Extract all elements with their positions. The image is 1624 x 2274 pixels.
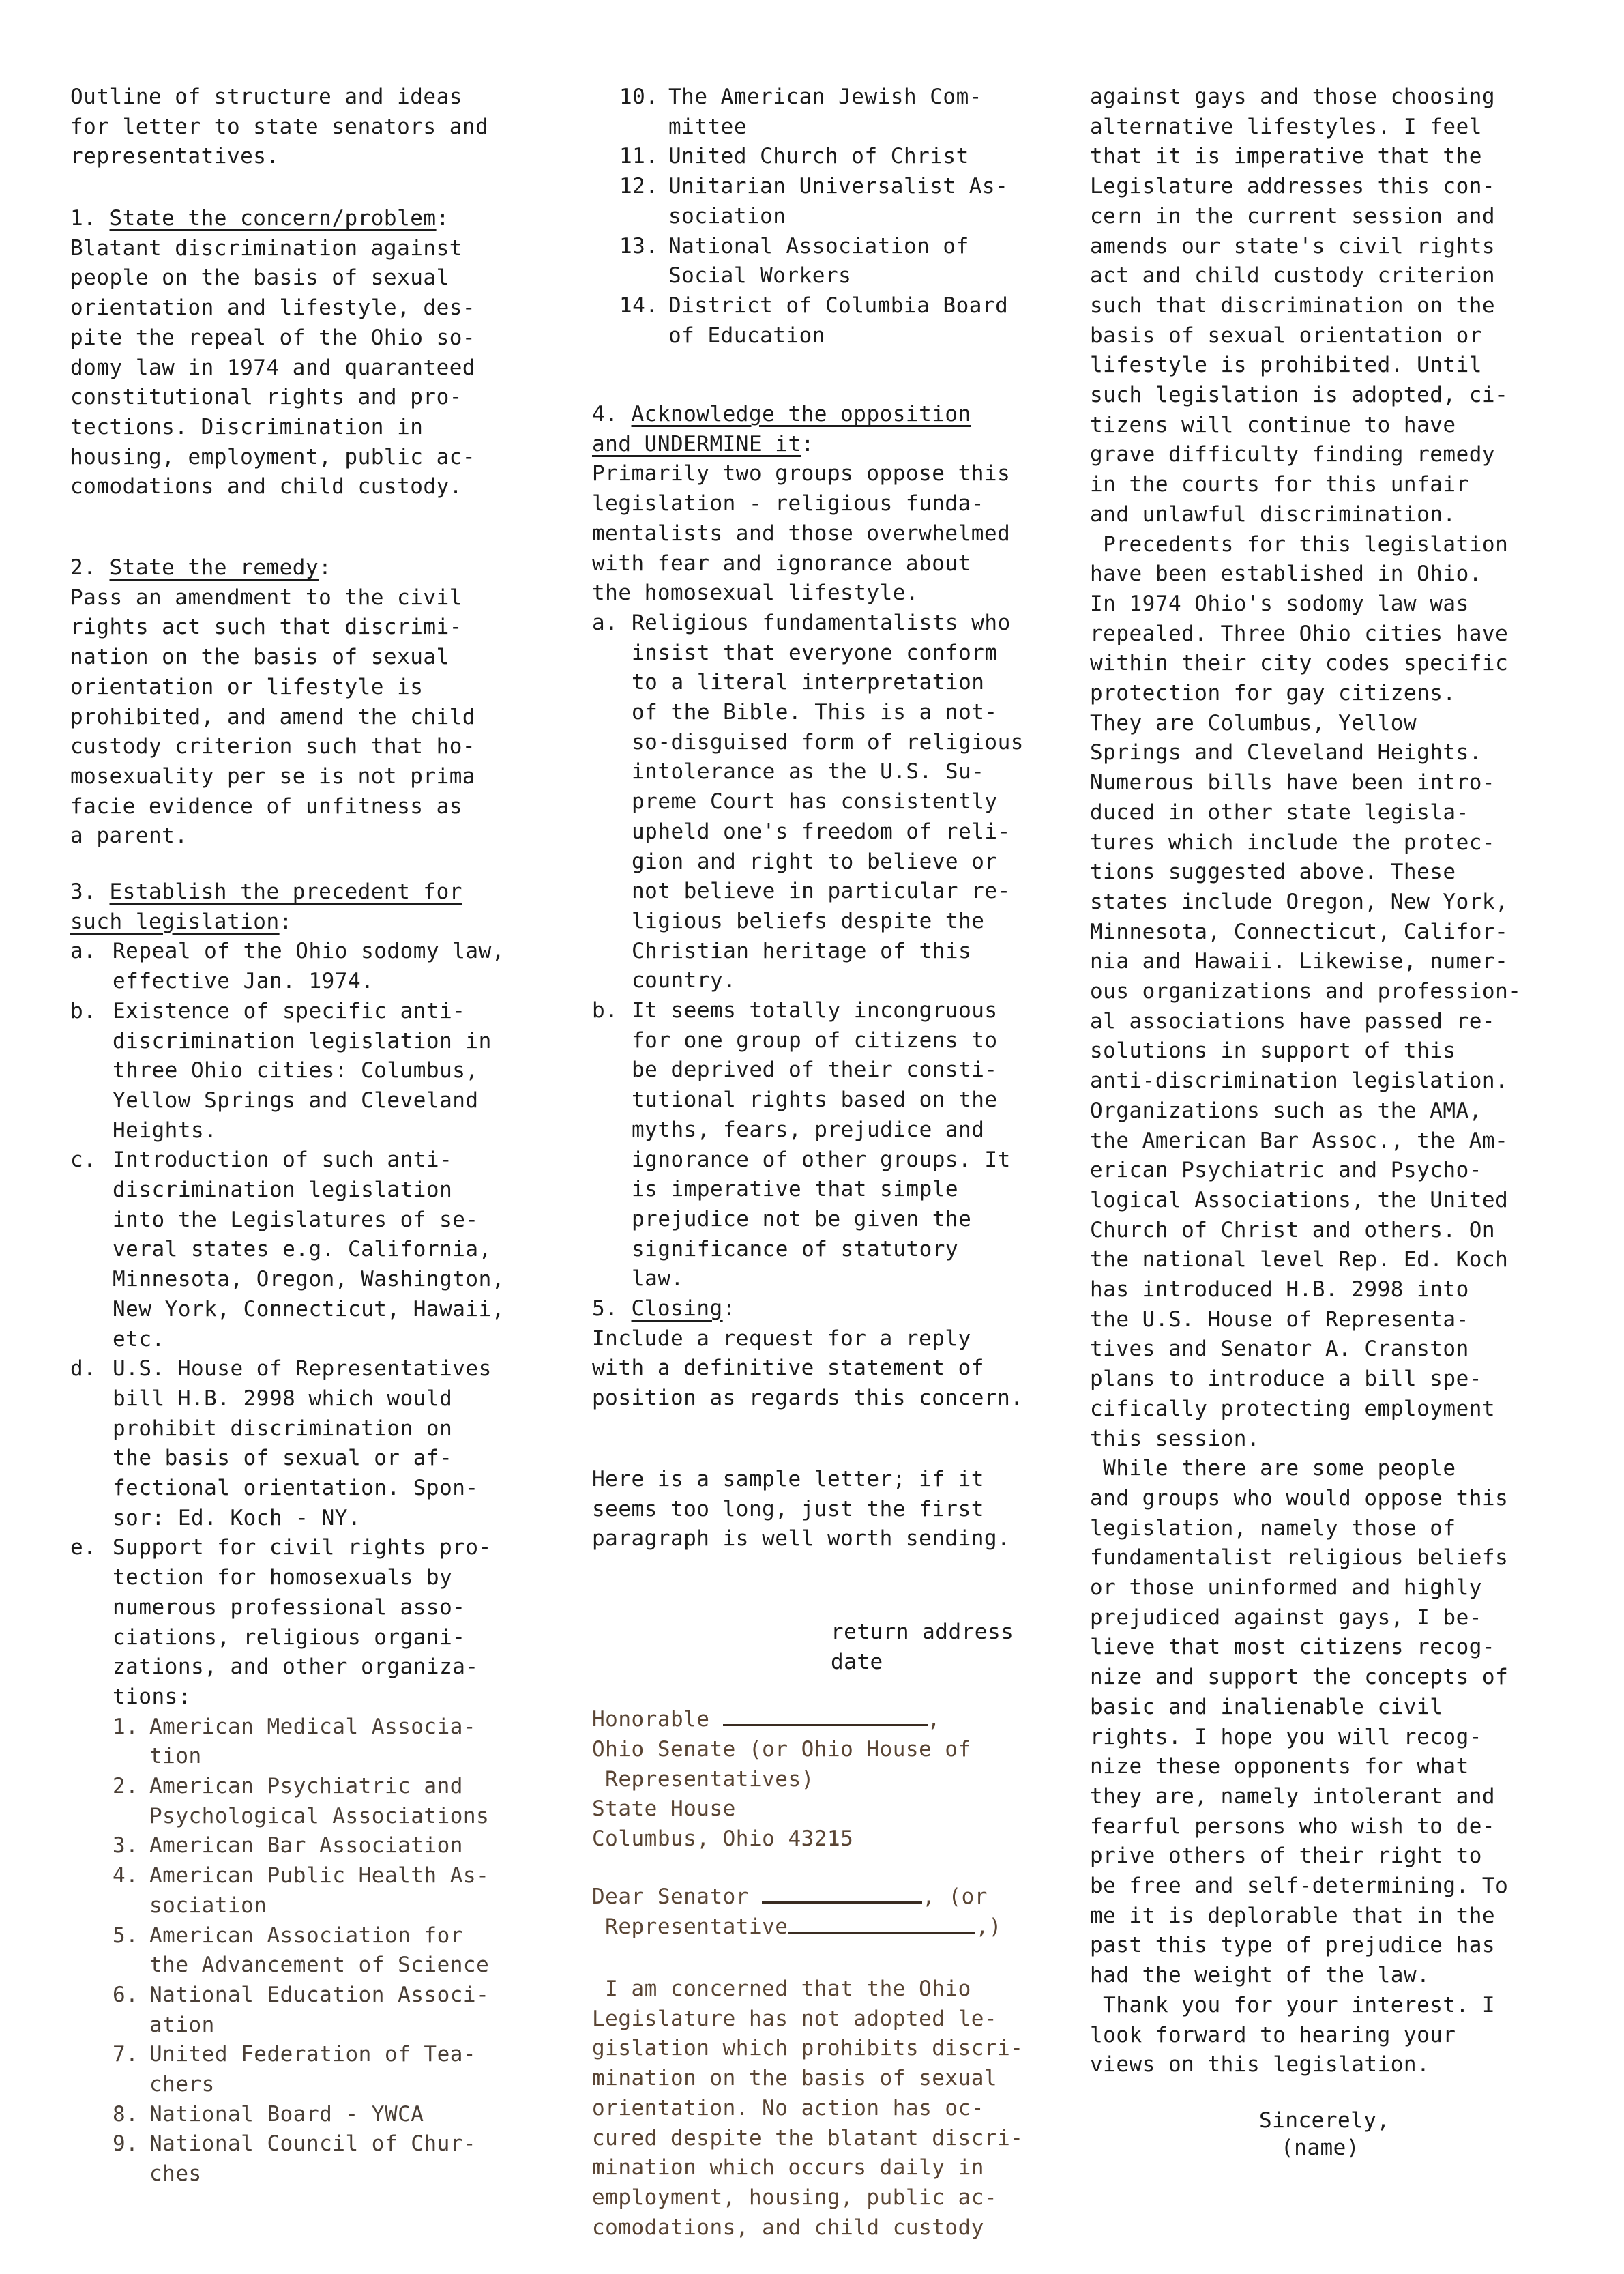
section-2-line: orientation or lifestyle is [70,673,423,701]
section-4-item-marker: a. [592,609,618,637]
letter-body-line: Thank you for your interest. I [1090,1992,1495,2019]
letter-body-line: Minnesota, Connecticut, Califor- [1090,918,1508,946]
section-4-item-line: It seems totally incongruous [632,997,998,1024]
organization-line: chers [149,2071,215,2098]
section-heading-text: Establish the precedent for [110,879,462,904]
letter-date: date [831,1648,883,1676]
section-4-item-marker: b. [592,997,618,1024]
letter-body-line: cern in the current session and [1090,203,1495,230]
letter-body-line: lifestyle is prohibited. Until [1090,351,1482,379]
section-3-item-line: discrimination legislation [113,1176,452,1204]
section-2-line: a parent. [70,822,188,849]
addressee-name-blank [723,1708,928,1726]
section-4-heading-cont: and UNDERMINE it: [592,431,814,458]
section-3-item-line: Support for civil rights pro- [113,1534,492,1561]
section-heading-text: State the remedy [110,555,319,580]
section-2-line: mosexuality per se is not prima [70,763,475,790]
sample-letter-intro-line: seems too long, just the first [592,1496,984,1523]
letter-signature: (name) [1281,2134,1359,2161]
letter-body-line: the national level Rep. Ed. Koch [1090,1246,1508,1273]
section-2-line: custody criterion such that ho- [70,733,475,760]
section-3-heading: 3. Establish the precedent for [70,878,462,905]
section-3-item-line: prohibit discrimination on [113,1415,452,1442]
letter-body-line: cured despite the blatant discri- [592,2125,1023,2152]
return-address: return address [831,1618,1014,1646]
letter-body-line: be free and self-determining. To [1090,1872,1508,1899]
section-2-line: Pass an amendment to the civil [70,584,462,611]
section-3-item-line: Repeal of the Ohio sodomy law, [113,937,505,965]
section-3-item-line: Existence of specific anti- [113,997,465,1025]
letter-body-line: anti-discrimination legislation. [1090,1067,1508,1094]
salutation-line-2: Representative,) [592,1913,1002,1940]
section-3-item-line: effective Jan. 1974. [113,967,374,995]
section-3-item-line: etc. [113,1326,165,1353]
section-4-line: the homosexual lifestyle. [592,579,919,607]
organization-line: National Association of [668,233,969,260]
section-4-line: legislation - religious funda- [592,490,984,517]
section-3-item-marker: c. [70,1146,96,1174]
organization-line: American Medical Associa- [149,1713,476,1740]
organization-line: American Psychiatric and [149,1773,463,1800]
section-3-item-line: numerous professional asso- [113,1594,465,1621]
representative-label: Representative [592,1914,788,1939]
section-4-item-line: insist that everyone conform [632,639,998,667]
section-4-item-line: for one group of citizens to [632,1027,998,1054]
sample-letter-intro-line: Here is a sample letter; if it [592,1466,984,1493]
organization-line: ation [149,2011,215,2039]
section-3-item-line: New York, Connecticut, Hawaii, [113,1296,505,1323]
section-3-item-line: Yellow Springs and Cleveland [113,1087,479,1114]
letter-body-line: cifically protecting employment [1090,1395,1495,1423]
salutation-label: Dear Senator [592,1884,762,1909]
intro-line: Outline of structure and ideas [70,83,462,111]
letter-body-line: repealed. Three Ohio cities have [1090,620,1508,647]
section-2-heading: 2. State the remedy: [70,554,331,581]
section-3-item-line: Introduction of such anti- [113,1146,452,1174]
letter-body-line: fundamentalist religious beliefs [1090,1544,1508,1571]
section-number: 4. [592,402,632,426]
letter-body-line: ous organizations and profession- [1090,978,1521,1005]
letter-body-line: rights. I hope you will recog- [1090,1723,1482,1751]
letter-body-line: comodations, and child custody [592,2214,984,2241]
letter-body-line: I am concerned that the Ohio [592,1975,971,2002]
section-2-line: rights act such that discrimi- [70,613,462,641]
organization-line: District of Columbia Board [668,292,1008,319]
section-3-item-line: Minnesota, Oregon, Washington, [113,1266,505,1293]
section-4-item-line: to a literal interpretation [632,669,984,696]
letter-body-line: prejudiced against gays, I be- [1090,1604,1482,1631]
letter-body-line: basic and inalienable civil [1090,1693,1443,1721]
section-number: 5. [592,1296,632,1321]
letter-body-line: gislation which prohibits discri- [592,2035,1023,2062]
organization-line: Unitarian Universalist As- [668,173,1008,200]
senator-name-blank [762,1885,922,1904]
document-page: Outline of structure and ideasfor letter… [0,0,1624,2274]
organization-line: American Association for [149,1922,463,1949]
organization-number: 8. [113,2101,138,2128]
organization-number: 6. [113,1981,138,2009]
honorable-label: Honorable [592,1707,723,1732]
section-4-line: with fear and ignorance about [592,550,971,577]
organization-line: American Public Health As- [149,1862,489,1889]
letter-body-line: plans to introduce a bill spe- [1090,1365,1482,1393]
section-3-item-line: discrimination legislation in [113,1027,492,1055]
letter-body-line: past this type of prejudice has [1090,1932,1495,1959]
letter-body-line: employment, housing, public ac- [592,2184,997,2211]
letter-body-line: or those uninformed and highly [1090,1574,1482,1601]
section-3-item-line: sor: Ed. Koch - NY. [113,1504,361,1532]
letter-body-line: look forward to hearing your [1090,2022,1456,2049]
letter-body-line: tizens will continue to have [1090,411,1456,439]
letter-body-line: act and child custody criterion [1090,262,1495,289]
organization-number: 5. [113,1922,138,1949]
letter-body-line: Legislature addresses this con- [1090,173,1495,200]
section-4-item-line: prejudice not be given the [632,1206,971,1233]
section-3-item-line: into the Legislatures of se- [113,1206,479,1234]
section-4-item-line: law. [632,1265,684,1292]
letter-body-line: lieve that most citizens recog- [1090,1633,1495,1661]
letter-body-line: Church of Christ and others. On [1090,1216,1495,1244]
letter-body-line: have been established in Ohio. [1090,560,1482,587]
organization-number: 4. [113,1862,138,1889]
organization-line: Psychological Associations [149,1803,489,1830]
section-4-line: mentalists and those overwhelmed [592,520,1010,547]
section-3-heading-cont: such legislation: [70,908,293,935]
letter-body-line: they are, namely intolerant and [1090,1783,1495,1810]
letter-body-line: tures which include the protec- [1090,829,1495,856]
organization-line: National Board - YWCA [149,2101,424,2128]
section-3-item-line: zations, and other organiza- [113,1653,479,1680]
letter-body-line: duced in other state legisla- [1090,799,1469,826]
letter-closing: Sincerely, [1259,2107,1390,2134]
letter-body-line: views on this legislation. [1090,2051,1430,2078]
letter-body-line: me it is deplorable that in the [1090,1902,1495,1929]
section-4-item-line: myths, fears, prejudice and [632,1116,984,1143]
sample-letter-intro-line: paragraph is well worth sending. [592,1525,1010,1552]
organization-number: 2. [113,1773,138,1800]
section-1-line: domy law in 1974 and quaranteed [70,354,475,381]
section-4-heading: 4. Acknowledge the opposition [592,400,971,428]
organization-number: 13. [619,233,659,260]
organization-number: 11. [619,143,659,170]
address-line: State House [592,1795,736,1822]
organization-line: tion [149,1743,202,1770]
letter-body-line: Springs and Cleveland Heights. [1090,739,1482,766]
letter-body-line: nize these opponents for what [1090,1753,1469,1780]
letter-body-line: While there are some people [1090,1455,1456,1482]
letter-body-line: In 1974 Ohio's sodomy law was [1090,590,1469,617]
letter-body-line: protection for gay citizens. [1090,680,1456,707]
letter-body-line: basis of sexual orientation or [1090,322,1482,349]
letter-body-line: Legislature has not adopted le- [592,2005,997,2032]
salutation-tail: , (or [922,1884,988,1909]
section-4-item-line: not believe in particular re- [632,877,1011,905]
section-1-heading: 1. State the concern/problem: [70,205,449,232]
address-line: Representatives) [592,1766,814,1793]
letter-body-line: erican Psychiatric and Psycho- [1090,1156,1482,1184]
organization-line: Social Workers [668,262,851,289]
letter-body-line: and groups who would oppose this [1090,1485,1508,1512]
letter-body-line: logical Associations, the United [1090,1186,1508,1214]
section-3-item-line: bill H.B. 2998 which would [113,1385,452,1412]
section-3-item-line: the basis of sexual or af- [113,1444,452,1472]
organization-line: American Bar Association [149,1832,463,1859]
section-3-item-marker: b. [70,997,96,1025]
letter-body-line: alternative lifestyles. I feel [1090,113,1482,141]
letter-body-line: nize and support the concepts of [1090,1663,1508,1691]
letter-body-line: that it is imperative that the [1090,143,1482,170]
letter-body-line: fearful persons who wish to de- [1090,1813,1495,1840]
section-heading-text: State the concern/problem [110,206,437,231]
section-4-item-line: significance of statutory [632,1236,958,1263]
letter-body-line: nia and Hawaii. Likewise, numer- [1090,948,1508,975]
section-3-item-marker: a. [70,937,96,965]
section-heading-text: Closing [632,1296,723,1321]
address-line: Columbus, Ohio 43215 [592,1825,853,1852]
section-4-item-line: upheld one's freedom of reli- [632,818,1011,845]
addressee-honorable: Honorable , [592,1706,941,1733]
organization-line: sociation [149,1892,267,1919]
intro-line: representatives. [70,143,280,170]
section-4-item-line: intolerance as the U.S. Su- [632,758,984,785]
letter-body-line: legislation, namely those of [1090,1515,1456,1542]
section-heading-text: such legislation [70,909,280,934]
letter-body-line: had the weight of the law. [1090,1962,1430,1989]
organization-line: National Education Associ- [149,1981,489,2009]
address-line: Ohio Senate (or Ohio House of [592,1736,971,1763]
section-2-line: nation on the basis of sexual [70,643,449,671]
organization-number: 1. [113,1713,138,1740]
section-4-item-line: be deprived of their consti- [632,1056,998,1083]
letter-body-line: in the courts for this unfair [1090,471,1469,498]
letter-body-line: prive others of their right to [1090,1842,1482,1869]
letter-body-line: grave difficulty finding remedy [1090,441,1495,468]
section-3-item-line: U.S. House of Representatives [113,1355,492,1382]
section-heading-text: and UNDERMINE it [592,432,801,456]
intro-line: for letter to state senators and [70,113,488,141]
section-5-line: position as regards this concern. [592,1384,1023,1412]
organization-line: ches [149,2160,202,2187]
organization-line: United Federation of Tea- [149,2041,476,2068]
section-3-item-line: three Ohio cities: Columbus, [113,1057,479,1084]
section-3-item-line: fectional orientation. Spon- [113,1474,479,1502]
section-3-item-line: tection for homosexuals by [113,1564,452,1591]
organization-line: The American Jewish Com- [668,83,982,111]
organization-line: National Council of Chur- [149,2130,476,2157]
letter-body-line: such that discrimination on the [1090,292,1495,319]
letter-body-line: amends our state's civil rights [1090,233,1495,260]
section-1-line: housing, employment, public ac- [70,443,475,471]
letter-body-line: states include Oregon, New York, [1090,888,1508,916]
section-3-item-marker: d. [70,1355,96,1382]
organization-number: 7. [113,2041,138,2068]
section-4-item-line: gion and right to believe or [632,848,998,875]
section-2-line: prohibited, and amend the child [70,703,475,731]
letter-body-line: They are Columbus, Yellow [1090,710,1417,737]
letter-body-line: tives and Senator A. Cranston [1090,1335,1469,1362]
organization-line: the Advancement of Science [149,1951,489,1979]
organization-line: United Church of Christ [668,143,969,170]
section-4-item-line: of the Bible. This is a not- [632,699,998,726]
representative-name-blank [788,1915,975,1934]
letter-body-line: mination on the basis of sexual [592,2065,997,2092]
section-1-line: pite the repeal of the Ohio so- [70,324,475,351]
organization-number: 12. [619,173,659,200]
section-1-line: constitutional rights and pro- [70,383,462,411]
section-3-item-line: tions: [113,1683,191,1710]
section-4-item-line: country. [632,967,736,994]
section-1-line: comodations and child custody. [70,473,462,500]
section-4-line: Primarily two groups oppose this [592,460,1010,487]
section-4-item-line: so-disguised form of religious [632,729,1024,756]
organization-line: of Education [668,322,825,349]
salutation-tail-2: ,) [975,1914,1001,1939]
letter-body-line: mination which occurs daily in [592,2154,984,2181]
section-3-item-line: ciations, religious organi- [113,1624,465,1651]
section-4-item-line: Religious fundamentalists who [632,609,1011,637]
section-1-line: tections. Discrimination in [70,413,423,441]
organization-number: 14. [619,292,659,319]
section-3-item-line: Heights. [113,1117,217,1144]
section-1-line: people on the basis of sexual [70,264,449,291]
letter-body-line: this session. [1090,1425,1260,1453]
letter-body-line: against gays and those choosing [1090,83,1495,111]
section-3-item-marker: e. [70,1534,96,1561]
letter-body-line: solutions in support of this [1090,1037,1456,1064]
section-4-item-line: ignorance of other groups. It [632,1146,1011,1174]
organization-number: 10. [619,83,659,111]
section-3-item-line: veral states e.g. California, [113,1236,492,1263]
section-5-line: with a definitive statement of [592,1354,984,1382]
section-4-item-line: ligious beliefs despite the [632,907,984,935]
letter-body-line: within their city codes specific [1090,650,1508,677]
letter-body-line: Organizations such as the AMA, [1090,1097,1482,1124]
section-number: 3. [70,879,110,904]
letter-body-line: has introduced H.B. 2998 into [1090,1276,1469,1303]
section-heading-text: Acknowledge the opposition [632,402,971,426]
letter-body-line: and unlawful discrimination. [1090,501,1456,528]
section-5-heading: 5. Closing: [592,1295,736,1322]
section-4-item-line: preme Court has consistently [632,788,998,815]
section-4-item-line: is imperative that simple [632,1176,958,1203]
letter-body-line: the U.S. House of Representa- [1090,1306,1469,1333]
section-1-line: Blatant discrimination against [70,235,462,262]
salutation-line: Dear Senator , (or [592,1883,988,1910]
letter-body-line: orientation. No action has oc- [592,2095,984,2122]
letter-body-line: such legislation is adopted, ci- [1090,381,1508,409]
section-4-item-line: tutional rights based on the [632,1086,998,1113]
letter-body-line: Numerous bills have been intro- [1090,769,1495,796]
organization-number: 9. [113,2130,138,2157]
organization-line: mittee [668,113,747,141]
section-number: 1. [70,206,110,231]
organization-line: sociation [668,203,786,230]
letter-body-line: tions suggested above. These [1090,858,1456,886]
letter-body-line: al associations have passed re- [1090,1008,1495,1035]
section-number: 2. [70,555,110,580]
organization-number: 3. [113,1832,138,1859]
section-1-line: orientation and lifestyle, des- [70,294,475,321]
section-4-item-line: Christian heritage of this [632,937,971,965]
letter-body-line: the American Bar Assoc., the Am- [1090,1127,1508,1154]
section-2-line: facie evidence of unfitness as [70,793,462,820]
letter-body-line: Precedents for this legislation [1090,531,1508,558]
section-5-line: Include a request for a reply [592,1325,971,1352]
